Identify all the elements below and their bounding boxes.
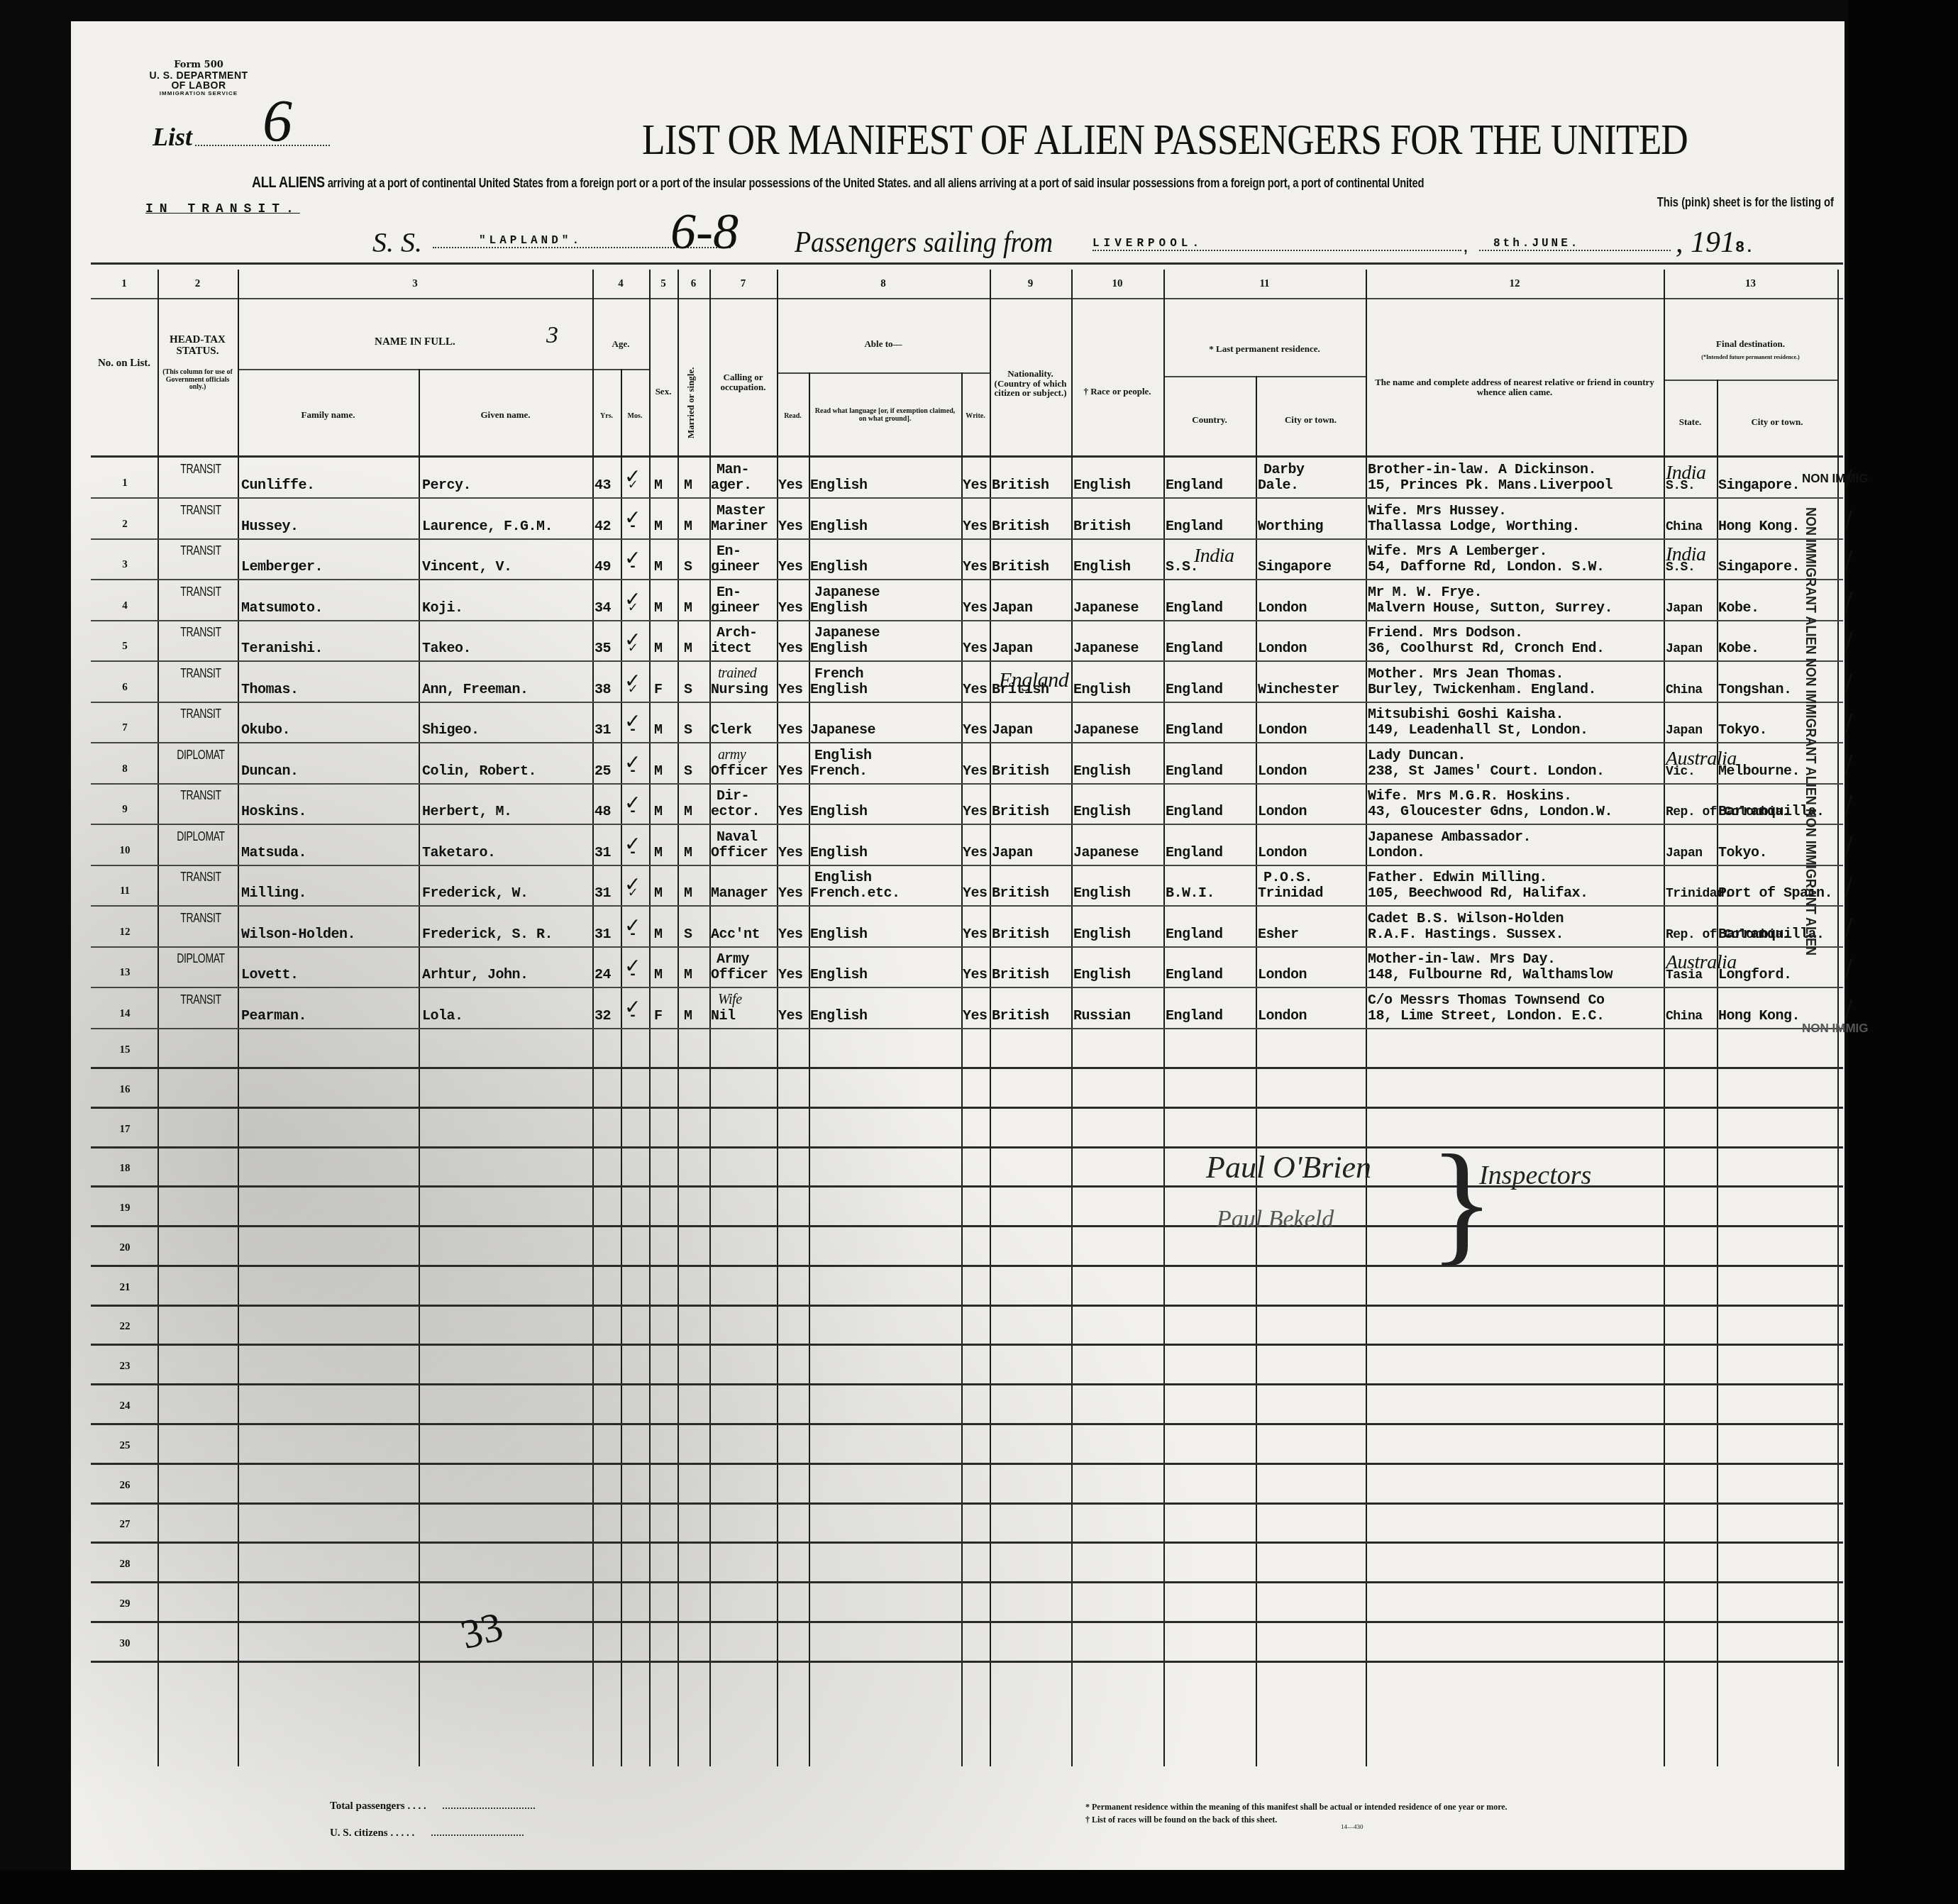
row-number: 14 — [91, 1008, 159, 1020]
row-number: 6 — [91, 682, 159, 694]
relative-line-1: Lady Duncan. — [1368, 748, 1466, 764]
header-relative: The name and complete address of nearest… — [1373, 377, 1656, 397]
can-read: Yes — [778, 968, 803, 983]
residence-city-line-2: Dale. — [1258, 478, 1299, 494]
calling-line-2: ager. — [711, 478, 752, 494]
header-calling: Calling or occupation. — [713, 372, 773, 392]
calling-line-2: Acc'nt — [711, 927, 760, 943]
nationality: British — [992, 886, 1049, 902]
row-number: 9 — [91, 804, 159, 816]
calling-annotation: Wife — [718, 992, 742, 1007]
nationality: British — [992, 804, 1049, 820]
can-read: Yes — [778, 560, 803, 575]
table-row: 12TRANSITWilson-Holden.Frederick, S. R.3… — [91, 907, 1843, 947]
header-head-tax-note: (This column for use of Government offic… — [160, 369, 235, 392]
calling-line-1: Dir- — [717, 789, 749, 804]
given-name: Frederick, W. — [422, 886, 529, 902]
language-line-1: French — [814, 667, 863, 682]
sailing-label: Passengers sailing from — [795, 226, 1053, 260]
relative-line-1: Mr M. W. Frye. — [1368, 585, 1482, 601]
language-line-2: English — [810, 478, 868, 494]
check-mark-icon: ✓ — [624, 791, 641, 814]
language-line-2: English — [810, 927, 868, 943]
head-tax-status: TRANSIT — [170, 503, 231, 518]
margin-tick-icon: / — [1844, 709, 1852, 738]
table-row: 9TRANSITHoskins.Herbert, M.48-MMDir-ecto… — [91, 784, 1843, 824]
total-passengers-label: Total passengers — [330, 1800, 405, 1812]
destination-state: China — [1666, 519, 1703, 535]
header-annotation: 3 — [546, 323, 558, 348]
row-number: 2 — [91, 519, 159, 531]
can-write: Yes — [963, 927, 988, 943]
margin-tick-icon: / — [1844, 914, 1852, 942]
destination-city: Kobe. — [1718, 601, 1759, 616]
race: Japanese — [1073, 723, 1139, 738]
relative-line-1: Father. Edwin Milling. — [1368, 870, 1547, 886]
row-divider — [91, 1305, 1843, 1307]
can-write: Yes — [963, 804, 988, 820]
total-passengers: Total passengers . . . . — [330, 1800, 535, 1812]
check-mark-icon: ✓ — [624, 832, 641, 856]
stamp-top: NON IMMIG — [1802, 472, 1869, 486]
empty-row-number: 19 — [91, 1202, 159, 1214]
header-dest-city: City or town. — [1717, 417, 1837, 427]
can-write: Yes — [963, 519, 988, 535]
row-divider — [91, 1107, 1843, 1109]
family-name: Hussey. — [241, 519, 299, 535]
residence-city-line-2: Trinidad — [1258, 886, 1323, 902]
relative-line-1: Cadet B.S. Wilson-Holden — [1368, 912, 1564, 927]
col-number-6: 6 — [677, 278, 709, 290]
row-divider — [91, 1146, 1843, 1149]
relative-line-2: 238, St James' Court. London. — [1368, 764, 1605, 780]
age-years: 35 — [594, 641, 611, 657]
header-read: Read. — [777, 413, 809, 421]
footnote-residence: * Permanent residence within the meaning… — [1085, 1802, 1508, 1812]
header-city: City or town. — [1256, 415, 1366, 425]
departure-port: LIVERPOOL. — [1093, 237, 1461, 251]
check-mark-icon: ✓ — [624, 465, 641, 488]
relative-line-1: Japanese Ambassador. — [1368, 830, 1531, 846]
row-divider — [91, 1225, 1843, 1227]
us-citizens-label: U. S. citizens — [330, 1827, 388, 1839]
row-number: 11 — [91, 885, 159, 897]
relative-line-2: 105, Beechwood Rd, Halifax. — [1368, 886, 1588, 902]
race: Japanese — [1073, 601, 1139, 616]
residence-city-line-2: Winchester — [1258, 682, 1339, 698]
can-write: Yes — [963, 601, 988, 616]
ship-handwritten-note: 6-8 — [670, 202, 739, 261]
calling-line-1: En- — [717, 585, 741, 601]
race: English — [1073, 968, 1131, 983]
scan-shadow-right — [1848, 0, 1958, 1904]
given-name: Koji. — [422, 601, 463, 616]
calling-line-2: Officer — [711, 846, 768, 861]
header-last-residence: * Last permanent residence. — [1163, 344, 1366, 354]
table-row: 11TRANSITMilling.Frederick, W.31✓MMManag… — [91, 865, 1843, 906]
age-years: 49 — [594, 560, 611, 575]
col-number-11: 11 — [1163, 278, 1366, 290]
table-row: 14TRANSITPearman.Lola.32-FMNilWifeYesEng… — [91, 988, 1843, 1029]
row-number: 8 — [91, 763, 159, 775]
head-tax-status: DIPLOMAT — [170, 748, 231, 763]
relative-line-1: Friend. Mrs Dodson. — [1368, 626, 1523, 641]
given-name: Herbert, M. — [422, 804, 512, 820]
header-country: Country. — [1163, 415, 1256, 425]
residence-city-line-1: Darby — [1263, 463, 1305, 478]
family-name: Matsumoto. — [241, 601, 323, 616]
margin-tick-icon: / — [1844, 873, 1852, 901]
header-family-name: Family name. — [238, 410, 419, 420]
header-given-name: Given name. — [419, 410, 592, 420]
language-line-2: English — [810, 968, 868, 983]
header-age-mos: Mos. — [621, 413, 649, 421]
us-citizens-field — [431, 1834, 524, 1836]
separator: , — [1463, 234, 1468, 257]
year-suffix: 8. — [1735, 239, 1754, 257]
row-divider — [91, 1028, 1843, 1029]
sex: M — [654, 478, 663, 494]
head-tax-status: DIPLOMAT — [170, 829, 231, 844]
header-final-destination-note: (*Intended future permanent residence.) — [1664, 355, 1837, 360]
can-write: Yes — [963, 641, 988, 657]
race: English — [1073, 886, 1131, 902]
head-tax-status: TRANSIT — [170, 666, 231, 681]
margin-tick-icon: / — [1844, 669, 1852, 697]
marital-status: S — [684, 723, 692, 738]
destination-state-annotation: India — [1666, 465, 1706, 481]
language-line-1: English — [814, 870, 872, 886]
margin-tick-icon: / — [1844, 506, 1852, 534]
nationality: Japan — [992, 846, 1033, 861]
sex: M — [654, 601, 663, 616]
age-years: 31 — [594, 723, 611, 738]
empty-row-number: 15 — [91, 1044, 159, 1056]
sailing-date: 8th.JUNE. — [1479, 237, 1671, 251]
destination-city: Tokyo. — [1718, 723, 1767, 738]
residence-country: England — [1166, 804, 1223, 820]
table-row: 2TRANSITHussey.Laurence, F.G.M.42-MMMast… — [91, 499, 1843, 539]
destination-city: Singapore. — [1718, 560, 1800, 575]
header-race: † Race or people. — [1073, 387, 1162, 397]
residence-country: England — [1166, 846, 1223, 861]
margin-tick-icon: / — [1844, 546, 1852, 575]
nationality: Japan — [992, 601, 1033, 616]
can-read: Yes — [778, 1009, 803, 1024]
marital-status: S — [684, 927, 692, 943]
check-mark-icon: ✓ — [624, 914, 641, 937]
destination-city: Melbourne. — [1718, 764, 1800, 780]
check-mark-icon: ✓ — [624, 669, 641, 692]
non-immigrant-stamp: NON IMMIGRANT ALIEN NON IMMIGRANT ALIEN … — [1802, 507, 1818, 956]
language-line-2: English — [810, 1009, 868, 1024]
family-name: Hoskins. — [241, 804, 306, 820]
empty-row-number: 23 — [91, 1361, 159, 1373]
calling-line-1: Arch- — [717, 626, 758, 641]
marital-status: M — [684, 968, 692, 983]
race: English — [1073, 560, 1131, 575]
residence-city-line-2: London — [1258, 641, 1307, 657]
relative-line-2: London. — [1368, 846, 1425, 861]
can-read: Yes — [778, 764, 803, 780]
calling-line-2: Manager — [711, 886, 768, 902]
relative-line-2: Malvern House, Sutton, Surrey. — [1368, 601, 1613, 616]
relative-line-2: 148, Fulbourne Rd, Walthamslow — [1368, 968, 1613, 983]
row-number: 3 — [91, 559, 159, 571]
given-name: Shigeo. — [422, 723, 480, 738]
residence-country: England — [1166, 927, 1223, 943]
language-line-2: English — [810, 560, 868, 575]
sex: M — [654, 886, 663, 902]
destination-state: China — [1666, 682, 1703, 698]
sex: M — [654, 560, 663, 575]
table-row: 1TRANSITCunliffe.Percy.43✓MMMan-ager.Yes… — [91, 458, 1843, 498]
calling-line-2: gineer — [711, 601, 760, 616]
in-transit-label: IN TRANSIT. — [145, 202, 300, 216]
row-divider — [91, 1067, 1843, 1069]
row-divider — [91, 1502, 1843, 1505]
head-tax-status: TRANSIT — [170, 870, 231, 885]
calling-line-1: Naval — [717, 830, 758, 846]
destination-subheader-divider — [1664, 380, 1837, 381]
calling-annotation: trained — [718, 665, 756, 681]
family-name: Wilson-Holden. — [241, 927, 355, 943]
check-mark-icon: ✓ — [624, 546, 641, 570]
total-passengers-field — [443, 1808, 535, 1809]
form-meta: Form 500 U. S. DEPARTMENT OF LABOR IMMIG… — [145, 60, 252, 96]
relative-line-1: Wife. Mrs Hussey. — [1368, 504, 1507, 519]
language-line-2: English — [810, 804, 868, 820]
language-line-2: English — [810, 601, 868, 616]
residence-city-line-2: London — [1258, 764, 1307, 780]
nationality: British — [992, 968, 1049, 983]
row-number: 4 — [91, 600, 159, 612]
marital-status: M — [684, 641, 692, 657]
table-row: 3TRANSITLemberger.Vincent, V.49-MSEn-gin… — [91, 539, 1843, 580]
age-years: 24 — [594, 968, 611, 983]
list-number: 6 — [262, 92, 292, 152]
header-age-yrs: Yrs. — [592, 413, 621, 421]
marital-status: M — [684, 804, 692, 820]
family-name: Milling. — [241, 886, 306, 902]
residence-country: England — [1166, 478, 1223, 494]
given-name: Arhtur, John. — [422, 968, 529, 983]
name-subheader-divider — [238, 369, 649, 370]
table-row: 13DIPLOMATLovett.Arhtur, John.24-MMArmyO… — [91, 947, 1843, 987]
residence-city-line-2: London — [1258, 723, 1307, 738]
header-nationality: Nationality. (Country of which citizen o… — [993, 369, 1068, 398]
relative-line-1: Brother-in-law. A Dickinson. — [1368, 463, 1596, 478]
page-title: LIST OR MANIFEST OF ALIEN PASSENGERS FOR… — [642, 115, 1688, 165]
can-read: Yes — [778, 641, 803, 657]
can-write: Yes — [963, 478, 988, 494]
col-number-7: 7 — [709, 278, 777, 290]
family-name: Lemberger. — [241, 560, 323, 575]
table-row: 6TRANSITThomas.Ann, Freeman.38✓FSNursing… — [91, 662, 1843, 702]
language-line-1: English — [814, 748, 872, 764]
destination-state: China — [1666, 1009, 1703, 1024]
row-divider — [91, 1344, 1843, 1346]
head-tax-status: TRANSIT — [170, 585, 231, 599]
can-read: Yes — [778, 478, 803, 494]
col-number-8: 8 — [777, 278, 990, 290]
family-name: Pearman. — [241, 1009, 306, 1024]
race: English — [1073, 927, 1131, 943]
calling-line-2: Nil — [711, 1009, 736, 1024]
service: IMMIGRATION SERVICE — [145, 91, 252, 96]
age-years: 42 — [594, 519, 611, 535]
relative-line-1: Mother-in-law. Mrs Day. — [1368, 952, 1556, 968]
residence-city-line-2: Esher — [1258, 927, 1299, 943]
residence-city-line-2: London — [1258, 968, 1307, 983]
given-name: Taketaro. — [422, 846, 496, 861]
relative-line-2: 149, Leadenhall St, London. — [1368, 723, 1588, 738]
residence-city-line-2: Worthing — [1258, 519, 1323, 535]
col-number-10: 10 — [1071, 278, 1163, 290]
col-number-5: 5 — [649, 278, 677, 290]
residence-country: England — [1166, 641, 1223, 657]
residence-country: B.W.I. — [1166, 886, 1215, 902]
empty-row-number: 24 — [91, 1400, 159, 1412]
destination-city: Hong Kong. — [1718, 519, 1800, 535]
age-years: 43 — [594, 478, 611, 494]
inspector-signature-1: Paul O'Brien — [1206, 1149, 1371, 1185]
margin-tick-icon: / — [1844, 832, 1852, 860]
empty-row-number: 28 — [91, 1559, 159, 1571]
language-line-2: English — [810, 846, 868, 861]
head-tax-status: TRANSIT — [170, 911, 231, 926]
sex: M — [654, 519, 663, 535]
col-number-4: 4 — [592, 278, 649, 290]
destination-city: Hong Kong. — [1718, 1009, 1800, 1024]
inspector-label: Inspectors — [1479, 1160, 1591, 1191]
header-age: Age. — [592, 339, 649, 349]
relative-line-1: Wife. Mrs A Lemberger. — [1368, 544, 1547, 560]
header-married: Married or single. — [686, 355, 696, 450]
empty-row-number: 26 — [91, 1480, 159, 1492]
can-read: Yes — [778, 927, 803, 943]
empty-row-number: 25 — [91, 1440, 159, 1452]
language-line-1: Japanese — [814, 585, 880, 601]
calling-line-2: Clerk — [711, 723, 752, 738]
given-name: Percy. — [422, 478, 471, 494]
check-mark-icon: ✓ — [624, 751, 641, 774]
stamp-bottom: NON IMMIG — [1802, 1022, 1869, 1036]
can-write: Yes — [963, 682, 988, 698]
row-number: 1 — [91, 477, 159, 489]
margin-tick-icon: / — [1844, 628, 1852, 656]
age-years: 38 — [594, 682, 611, 698]
margin-tick-icon: / — [1844, 954, 1852, 983]
given-name: Laurence, F.G.M. — [422, 519, 553, 535]
race: Japanese — [1073, 641, 1139, 657]
col-number-9: 9 — [990, 278, 1071, 290]
marital-status: S — [684, 560, 692, 575]
col-number-3: 3 — [238, 278, 592, 290]
residence-city-line-2: London — [1258, 846, 1307, 861]
can-read: Yes — [778, 601, 803, 616]
col-number-2: 2 — [157, 278, 238, 290]
age-years: 34 — [594, 601, 611, 616]
empty-row-number: 22 — [91, 1321, 159, 1333]
us-citizens: U. S. citizens . . . . . — [330, 1827, 524, 1839]
can-write: Yes — [963, 723, 988, 738]
family-name: Lovett. — [241, 968, 299, 983]
relative-line-2: Thallassa Lodge, Worthing. — [1368, 519, 1580, 535]
row-divider — [91, 1542, 1843, 1544]
relative-line-2: 15, Princes Pk. Mans.Liverpool — [1368, 478, 1613, 494]
language-line-2: French. — [810, 764, 868, 780]
ss-label: S. S. — [372, 226, 422, 259]
instructions-bold: ALL ALIENS — [252, 173, 325, 191]
row-number: 13 — [91, 967, 159, 979]
residence-country: England — [1166, 519, 1223, 535]
family-name: Teranishi. — [241, 641, 323, 657]
check-mark-icon: ✓ — [624, 628, 641, 651]
instructions-text: arriving at a port of continental United… — [328, 176, 1425, 190]
marital-status: M — [684, 1009, 692, 1024]
header-head-tax: HEAD-TAX STATUS. — [160, 335, 235, 358]
residence-country: England — [1166, 723, 1223, 738]
table-row: 4TRANSITMatsumoto.Koji.34✓MMEn-gineerYes… — [91, 580, 1843, 621]
marital-status: M — [684, 519, 692, 535]
header-sex: Sex. — [649, 387, 677, 397]
head-tax-status: TRANSIT — [170, 788, 231, 803]
col-number-12: 12 — [1366, 278, 1664, 290]
head-tax-status: TRANSIT — [170, 992, 231, 1007]
language-line-2: Japanese — [810, 723, 875, 738]
language-line-2: English — [810, 641, 868, 657]
head-tax-status: TRANSIT — [170, 543, 231, 558]
destination-state-annotation: India — [1666, 547, 1706, 563]
marital-status: M — [684, 846, 692, 861]
age-years: 25 — [594, 764, 611, 780]
nationality: Japan — [992, 723, 1033, 738]
calling-line-2: Officer — [711, 968, 768, 983]
margin-tick-icon: / — [1844, 791, 1852, 819]
department: U. S. DEPARTMENT OF LABOR — [145, 70, 252, 91]
empty-row-number: 20 — [91, 1242, 159, 1254]
residence-country: England — [1166, 601, 1223, 616]
can-write: Yes — [963, 846, 988, 861]
form-code: 14—430 — [1341, 1823, 1364, 1830]
nationality: British — [992, 478, 1049, 494]
nationality: British — [992, 519, 1049, 535]
check-mark-icon: ✓ — [624, 995, 641, 1019]
nationality: British — [992, 927, 1049, 943]
header-read-language: Read what language [or, if exemption cla… — [812, 408, 958, 423]
destination-city: Kobe. — [1718, 641, 1759, 657]
residence-subheader-divider — [1163, 376, 1366, 377]
sex: M — [654, 846, 663, 861]
destination-state: Japan — [1666, 723, 1703, 738]
table-row: 7TRANSITOkubo.Shigeo.31-MSClerkYesJapane… — [91, 702, 1843, 743]
sex: M — [654, 723, 663, 738]
residence-country: England — [1166, 682, 1223, 698]
residence-city-line-2: London — [1258, 804, 1307, 820]
table-row: 10DIPLOMATMatsuda.Taketaro.31-MMNavalOff… — [91, 825, 1843, 865]
can-read: Yes — [778, 682, 803, 698]
sex: M — [654, 968, 663, 983]
col-number-1: 1 — [91, 278, 157, 290]
footnote-races: † List of races will be found on the bac… — [1085, 1815, 1277, 1825]
given-name: Frederick, S. R. — [422, 927, 553, 943]
residence-country: England — [1166, 1009, 1223, 1024]
calling-line-2: Mariner — [711, 519, 768, 535]
residence-city-line-2: Singapore — [1258, 560, 1332, 575]
family-name: Thomas. — [241, 682, 299, 698]
family-name: Duncan. — [241, 764, 299, 780]
